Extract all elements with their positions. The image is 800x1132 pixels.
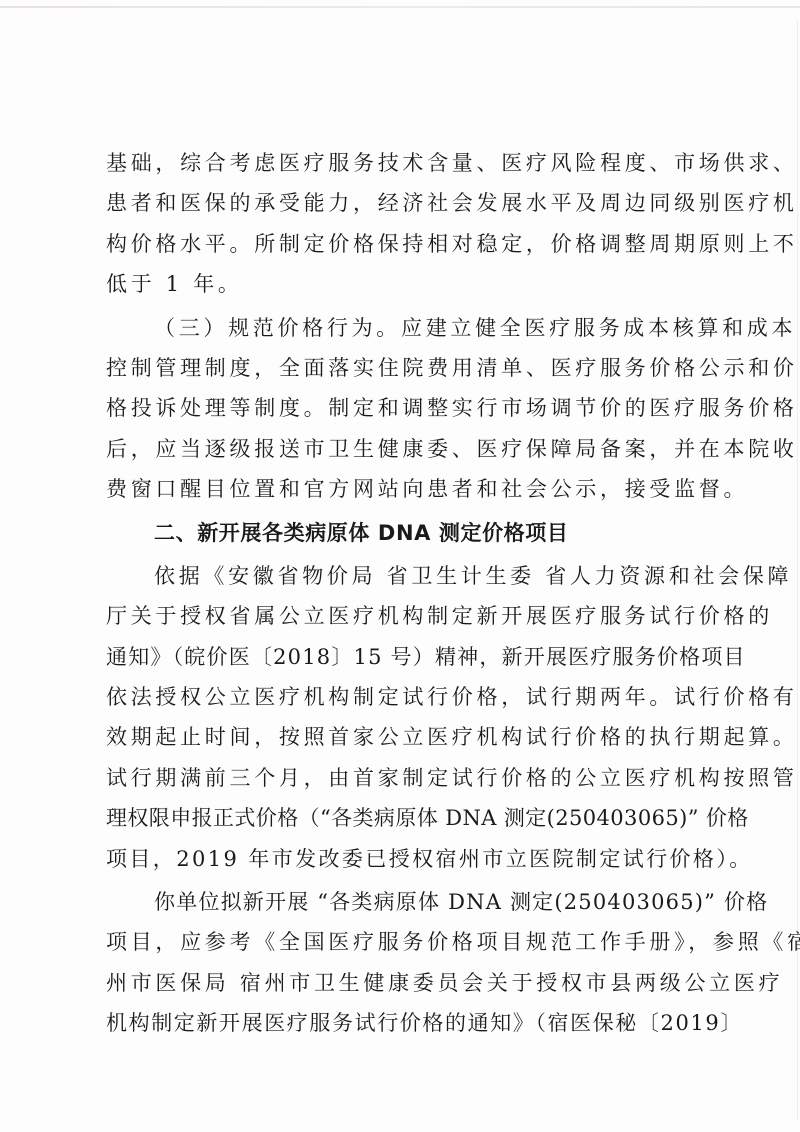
paragraph-pricing-basis: 基础，综合考虑医疗服务技术含量、医疗风险程度、市场供求、 患者和医保的承受能力，…	[106, 143, 706, 305]
text-line: 依法授权公立医疗机构制定试行价格，试行期两年。试行价格有	[106, 677, 706, 717]
paragraph-legal-basis: 依据《安徽省物价局 省卫生计生委 省人力资源和社会保障 厅关于授权省属公立医疗机…	[106, 556, 706, 879]
text-line: 效期起止时间，按照首家公立医疗机构试行价格的执行期起算。	[106, 717, 706, 757]
text-line: 费窗口醒目位置和官方网站向患者和社会公示，接受监督。	[106, 469, 706, 509]
section-heading-text: 二、新开展各类病原体 DNA 测定价格项目	[106, 513, 706, 553]
page-top-edge	[0, 6, 800, 8]
text-line: 理权限申报正式价格（“各类病原体 DNA 测定(250403065)” 价格	[106, 798, 706, 838]
text-line: 厅关于授权省属公立医疗机构制定新开展医疗服务试行价格的	[106, 596, 706, 636]
text-line: 基础，综合考虑医疗服务技术含量、医疗风险程度、市场供求、	[106, 143, 706, 183]
text-line: 试行期满前三个月，由首家制定试行价格的公立医疗机构按照管	[106, 758, 706, 798]
text-line: 低于 1 年。	[106, 264, 706, 304]
page-right-edge	[797, 20, 798, 1120]
text-line: 依据《安徽省物价局 省卫生计生委 省人力资源和社会保障	[106, 556, 706, 596]
text-line: 机构制定新开展医疗服务试行价格的通知》（宿医保秘〔2019〕	[106, 1003, 706, 1043]
document-page: 基础，综合考虑医疗服务技术含量、医疗风险程度、市场供求、 患者和医保的承受能力，…	[106, 143, 706, 1044]
text-line: （三）规范价格行为。应建立健全医疗服务成本核算和成本	[106, 308, 706, 348]
text-line: 项目，2019 年市发改委已授权宿州市立医院制定试行价格）。	[106, 839, 706, 879]
text-line: 通知》（皖价医〔2018〕15 号）精神，新开展医疗服务价格项目	[106, 637, 706, 677]
text-line: 患者和医保的承受能力，经济社会发展水平及周边同级别医疗机	[106, 183, 706, 223]
text-line: 你单位拟新开展 “各类病原体 DNA 测定(250403065)” 价格	[106, 882, 706, 922]
text-line: 格投诉处理等制度。制定和调整实行市场调节价的医疗服务价格	[106, 388, 706, 428]
text-line: 构价格水平。所制定价格保持相对稳定，价格调整周期原则上不	[106, 224, 706, 264]
paragraph-new-project: 你单位拟新开展 “各类病原体 DNA 测定(250403065)” 价格 项目，…	[106, 882, 706, 1044]
text-line: 州市医保局 宿州市卫生健康委员会关于授权市县两级公立医疗	[106, 963, 706, 1003]
text-line: 控制管理制度，全面落实住院费用清单、医疗服务价格公示和价	[106, 348, 706, 388]
paragraph-regulate-pricing: （三）规范价格行为。应建立健全医疗服务成本核算和成本 控制管理制度，全面落实住院…	[106, 308, 706, 510]
text-line: 后，应当逐级报送市卫生健康委、医疗保障局备案，并在本院收	[106, 429, 706, 469]
section-heading: 二、新开展各类病原体 DNA 测定价格项目	[106, 513, 706, 553]
text-line: 项目，应参考《全国医疗服务价格项目规范工作手册》，参照《宿	[106, 922, 706, 962]
